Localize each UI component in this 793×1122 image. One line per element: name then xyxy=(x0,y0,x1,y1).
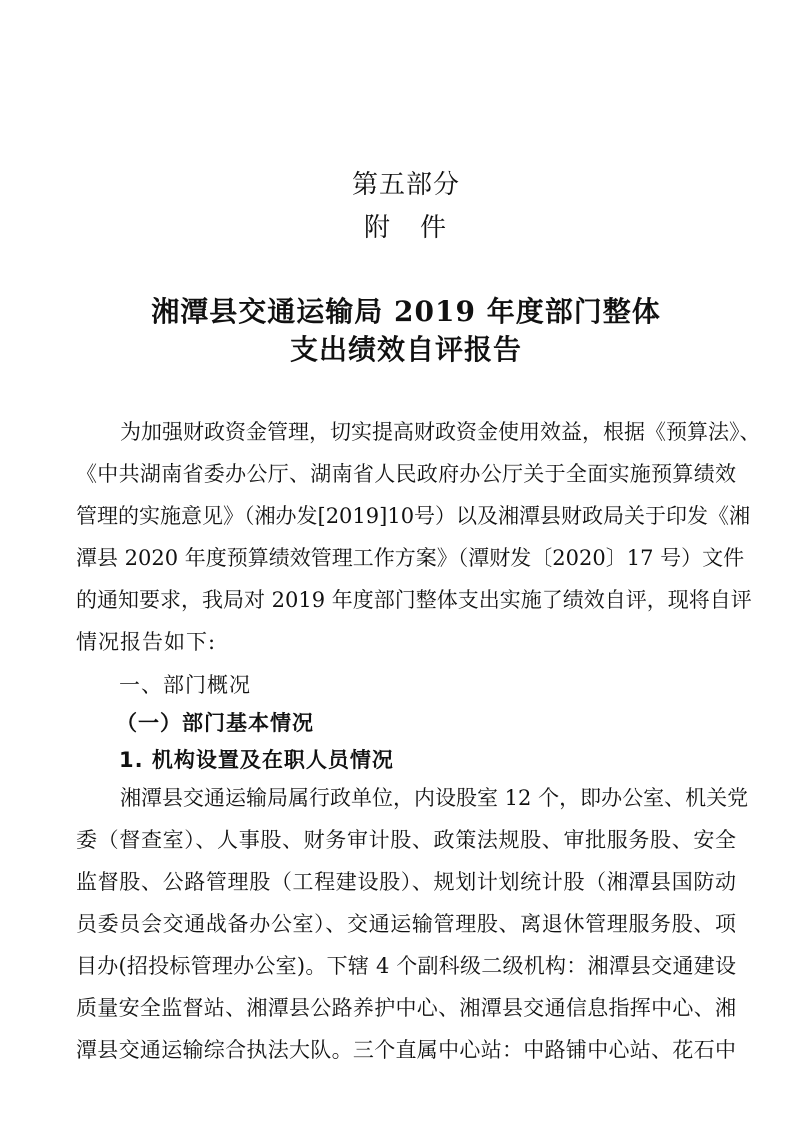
attachment-label: 附 件 xyxy=(76,213,736,243)
paragraph-line: 潭县交通运输综合执法大队。三个直属中心站：中路铺中心站、花石中 xyxy=(76,1036,736,1064)
paragraph-line: 监督股、公路管理股（工程建设股）、规划计划统计股（湘潭县国防动 xyxy=(76,868,736,896)
paragraph-line: 潭县 2020 年度预算绩效管理工作方案》（潭财发〔2020〕17 号）文件 xyxy=(76,544,736,572)
paragraph-line: 员委员会交通战备办公室）、交通运输管理股、离退休管理服务股、项 xyxy=(76,910,736,938)
paragraph-line: 委（督查室）、人事股、财务审计股、政策法规股、审批服务股、安全 xyxy=(76,826,736,854)
paragraph-line: 《中共湖南省委办公厅、湖南省人民政府办公厅关于全面实施预算绩效 xyxy=(76,460,736,488)
document-page: 第五部分 附 件 湘潭县交通运输局 2019 年度部门整体 支出绩效自评报告 为… xyxy=(0,0,793,1122)
part-label: 第五部分 xyxy=(76,170,736,200)
subsection-heading: （一）部门基本情况 xyxy=(116,709,314,737)
item-heading: 1. 机构设置及在职人员情况 xyxy=(119,746,394,774)
paragraph-line: 为加强财政资金管理，切实提高财政资金使用效益，根据《预算法》、 xyxy=(76,418,736,446)
paragraph-line: 的通知要求，我局对 2019 年度部门整体支出实施了绩效自评，现将自评 xyxy=(76,586,736,614)
paragraph-line: 目办(招投标管理办公室)。下辖 4 个副科级二级机构：湘潭县交通建设 xyxy=(76,952,736,980)
paragraph-line: 质量安全监督站、湘潭县公路养护中心、湘潭县交通信息指挥中心、湘 xyxy=(76,994,736,1022)
paragraph-line: 管理的实施意见》（湘办发[2019]10号）以及湘潭县财政局关于印发《湘 xyxy=(76,502,736,530)
report-title-line-2: 支出绩效自评报告 xyxy=(76,334,736,366)
paragraph-line: 情况报告如下: xyxy=(76,628,736,656)
paragraph-line: 湘潭县交通运输局属行政单位，内设股室 12 个，即办公室、机关党 xyxy=(76,784,736,812)
report-title-line-1: 湘潭县交通运输局 2019 年度部门整体 xyxy=(76,296,736,328)
section-heading: 一、部门概况 xyxy=(119,671,251,699)
